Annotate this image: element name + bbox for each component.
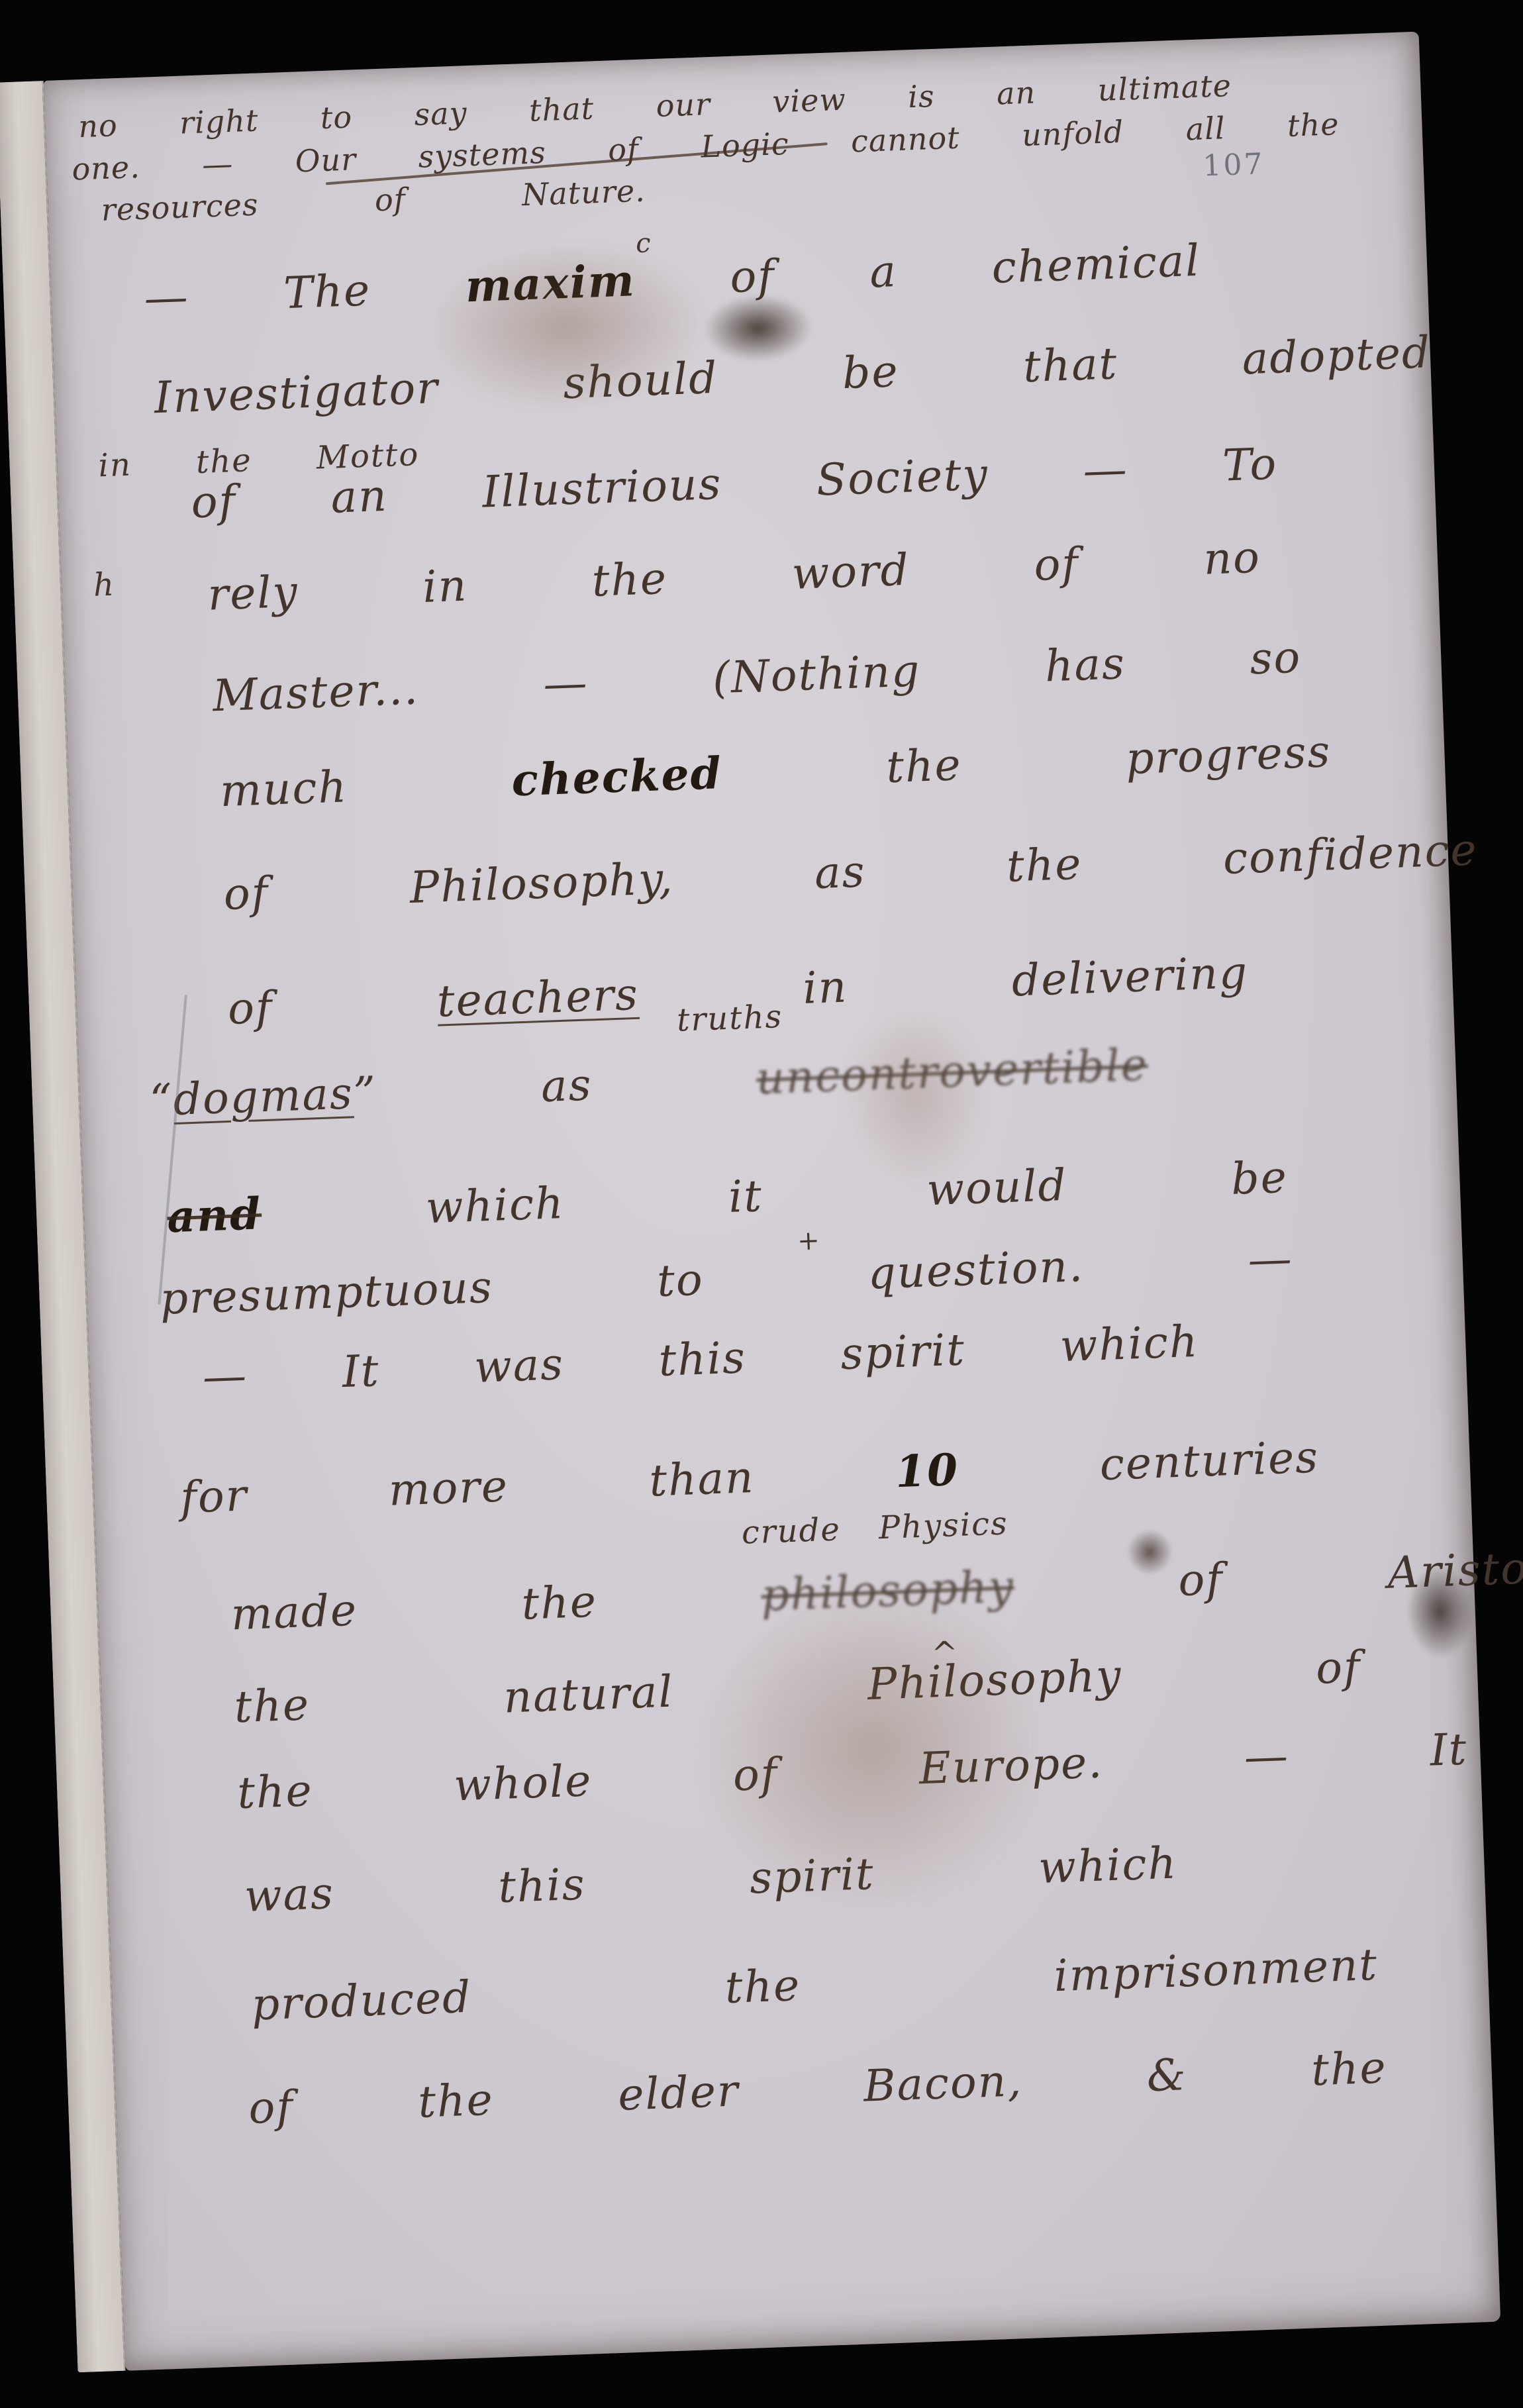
line-m-pre: for more than [179, 1446, 897, 1523]
body-line-i: “dogmas” as uncontrovertible [149, 1043, 1149, 1123]
line-n-struck-word: philosophy [760, 1561, 1015, 1621]
manuscript-page: no right to say that our view is an ulti… [44, 32, 1500, 2371]
body-line-q: was this spirit which [244, 1841, 1178, 1918]
body-line-g: of Philosophy, as the confidence [223, 828, 1479, 917]
line-i-close-quote: ” [352, 1067, 377, 1119]
line-a-post: of a chemical [634, 235, 1201, 307]
line-n-pre: made the [230, 1570, 762, 1640]
line-j-struck-word: and [166, 1187, 263, 1242]
line-f-pre: much [219, 755, 513, 817]
line-n-post: of Aristotle [1013, 1540, 1523, 1612]
line-f-post: the progress [721, 726, 1332, 799]
body-line-p: the whole of Europe. — It [236, 1728, 1468, 1815]
line-m-post: centuries [958, 1431, 1320, 1495]
book-spread: no right to say that our view is an ulti… [0, 32, 1500, 2373]
pencil-stroke-margin [158, 995, 187, 1305]
manuscript-photo: no right to say that our view is an ulti… [0, 0, 1523, 2408]
line-a-blotted-word: maxim [464, 254, 636, 312]
line-i-mid: as [376, 1053, 758, 1117]
line-h-pre: of [227, 976, 438, 1034]
body-line-s: of the elder Bacon, & the [248, 2046, 1387, 2130]
line-i-underlined-word: dogmas [172, 1068, 354, 1125]
body-line-r: produced the imprisonment [251, 1943, 1379, 2027]
body-line-k: presumptuous to question. — [160, 1237, 1294, 1321]
line-a-pre: — The [143, 261, 466, 323]
body-line-n: made the philosophy of Aristotle [230, 1544, 1523, 1636]
superscript-correction: c [635, 230, 652, 257]
body-line-b: Investigator should be that adopted [154, 330, 1432, 420]
line-j-post: which it would be [261, 1152, 1289, 1239]
body-line-d: rely in the word of no [207, 536, 1261, 617]
body-line-o: the natural Philosophy of [234, 1645, 1362, 1729]
page-number: 107 [1203, 150, 1265, 181]
interlinear-insert-physics: crude Physics [741, 1507, 1008, 1548]
line-f-overwritten-word: checked [511, 747, 723, 806]
body-line-f: much checked the progress [219, 729, 1332, 813]
line-i-struck-word: uncontrovertible [756, 1039, 1149, 1104]
margin-insertion-mark: h [93, 569, 116, 601]
body-line-m: for more than 10 centuries [179, 1434, 1320, 1520]
line-h-underlined-word: teachers [436, 969, 640, 1027]
body-line-e: Master... — (Nothing has so [212, 636, 1302, 719]
line-i-open-quote: “ [149, 1074, 174, 1126]
interlinear-insert-truths: truths [676, 1001, 783, 1036]
body-line-a: — The maxim of a chemical [143, 238, 1201, 321]
line-m-overwritten-number: 10 [895, 1444, 960, 1497]
body-line-l: — It was this spirit which [202, 1320, 1200, 1399]
body-line-j: and which it would be [166, 1155, 1289, 1240]
